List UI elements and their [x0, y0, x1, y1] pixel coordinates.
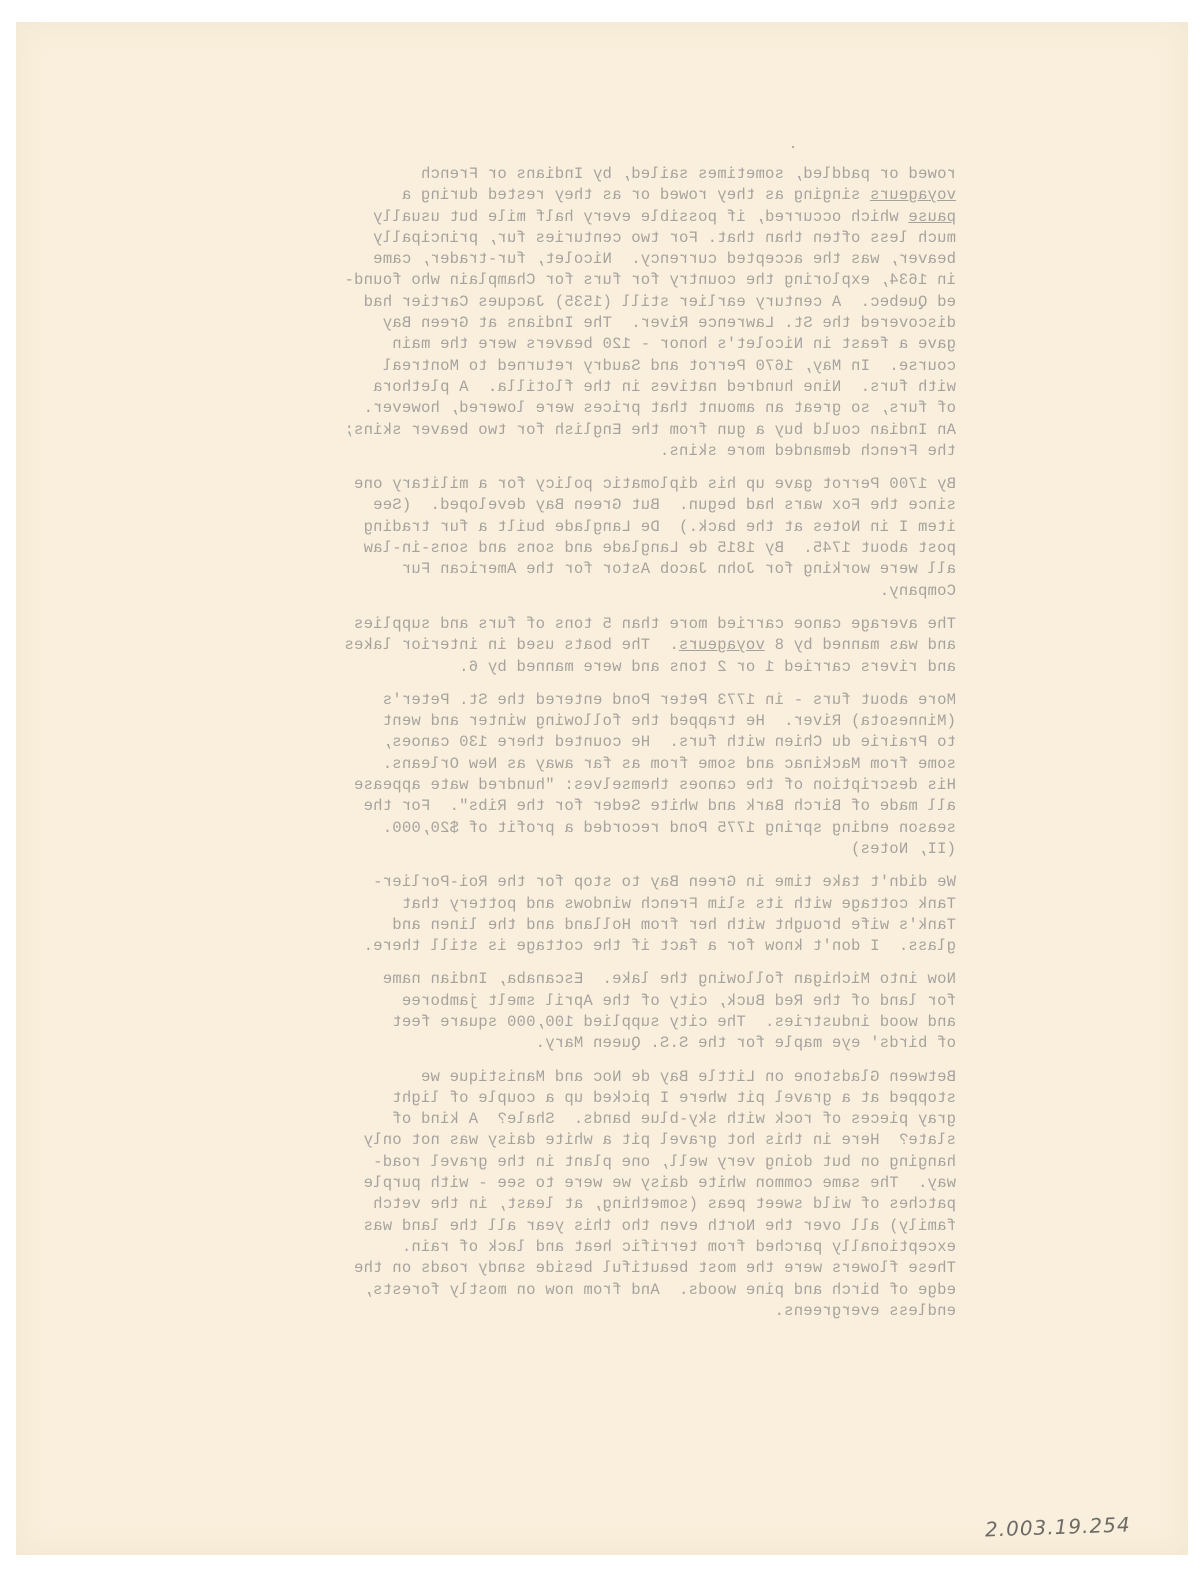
paragraph: More about furs - in 1773 Peter Pond ent… [238, 690, 956, 860]
text-line: of birds' eye maple for the S.S. Queen M… [238, 1033, 956, 1054]
accession-number: 2.003.19.254 [985, 1512, 1131, 1541]
text-line: edge of birch and pine woods. And from n… [238, 1280, 956, 1301]
text-line: way. The same common white daisy we were… [238, 1173, 956, 1194]
text-line: with furs. Nine hundred natives in the f… [238, 377, 956, 398]
text-line: pause which occurred, if possible every … [238, 207, 956, 228]
text-line: much less often than that. For two centu… [238, 228, 956, 249]
text-line: season ending spring 1775 Pond recorded … [238, 818, 956, 839]
paragraph: Now into Michigan following the lake. Es… [238, 969, 956, 1054]
mirrored-bleed-through-text: rowed or paddled, sometimes sailed, by I… [238, 164, 956, 1334]
text-line: all were working for John Jacob Astor fo… [238, 559, 956, 580]
text-line: Now into Michigan following the lake. Es… [238, 969, 956, 990]
text-line: ed Quebec. A century earlier still (1535… [238, 292, 956, 313]
paragraph: The average canoe carried more than 5 to… [238, 614, 956, 678]
paragraph: rowed or paddled, sometimes sailed, by I… [238, 164, 956, 462]
text-line: exceptionally parched from terrific heat… [238, 1237, 956, 1258]
text-line: glass. I don't know for a fact if the co… [238, 936, 956, 957]
text-line: His description of the canoes themselves… [238, 775, 956, 796]
text-line: post about 1745. By 1815 de Langlade and… [238, 538, 956, 559]
text-line: stopped at a gravel pit where I picked u… [238, 1088, 956, 1109]
text-line: beaver, was the accepted currency. Nicol… [238, 249, 956, 270]
text-line: patches of wild sweet peas (something, a… [238, 1194, 956, 1215]
text-line: and rivers carried 1 or 2 tons and were … [238, 657, 956, 678]
paragraph: Between Gladstone on Little Bay de Noc a… [238, 1067, 956, 1323]
text-line: course. In May, 1670 Perrot and Saudry r… [238, 356, 956, 377]
text-line: in 1634, exploring the country for furs … [238, 270, 956, 291]
text-line: Tank's wife brought with her from Hollan… [238, 915, 956, 936]
text-line: (II, Notes) [238, 839, 956, 860]
text-line: Company. [238, 581, 956, 602]
text-line: gray pieces of rock with sky-blue bands.… [238, 1109, 956, 1130]
text-line: By 1700 Perrot gave up his diplomatic po… [238, 474, 956, 495]
text-line: An Indian could buy a gun from the Engli… [238, 420, 956, 441]
paper-speck [792, 146, 794, 148]
text-line: all made of Birch Bark and white Seder f… [238, 796, 956, 817]
text-line: since the Fox wars had begun. But Green … [238, 495, 956, 516]
text-line: endless evergreens. [238, 1301, 956, 1322]
text-line: some from Mackinac and some from as far … [238, 754, 956, 775]
text-line: and wood industries. The city supplied 1… [238, 1012, 956, 1033]
text-line: The average canoe carried more than 5 to… [238, 614, 956, 635]
text-line: slate? Here in this hot gravel pit a whi… [238, 1130, 956, 1151]
text-line: item I in Notes at the back.) De Langlad… [238, 517, 956, 538]
text-line: More about furs - in 1773 Peter Pond ent… [238, 690, 956, 711]
text-line: (Minnesota) River. He trapped the follow… [238, 711, 956, 732]
text-line: of furs, so great an amount that prices … [238, 398, 956, 419]
text-line: gave a feast in Nicolet's honor - 120 be… [238, 334, 956, 355]
text-line: to Prairie du Chien with furs. He counte… [238, 732, 956, 753]
text-line: voyageurs singing as they rowed or as th… [238, 185, 956, 206]
text-line: hanging on but doing very well, one plan… [238, 1152, 956, 1173]
text-line: discovered the St. Lawrence River. The I… [238, 313, 956, 334]
text-line: for land of the Red Buck, city of the Ap… [238, 991, 956, 1012]
paragraph: We didn't take time in Green Bay to stop… [238, 872, 956, 957]
text-line: the French demanded more skins. [238, 441, 956, 462]
text-line: Tank cottage with its slim French window… [238, 894, 956, 915]
text-line: These flowers were the most beautiful be… [238, 1258, 956, 1279]
paragraph: By 1700 Perrot gave up his diplomatic po… [238, 474, 956, 602]
text-line: and was manned by 8 voyageurs. The boats… [238, 635, 956, 656]
text-line: Between Gladstone on Little Bay de Noc a… [238, 1067, 956, 1088]
text-line: rowed or paddled, sometimes sailed, by I… [238, 164, 956, 185]
text-line: family) all over the North even tho this… [238, 1216, 956, 1237]
text-line: We didn't take time in Green Bay to stop… [238, 872, 956, 893]
